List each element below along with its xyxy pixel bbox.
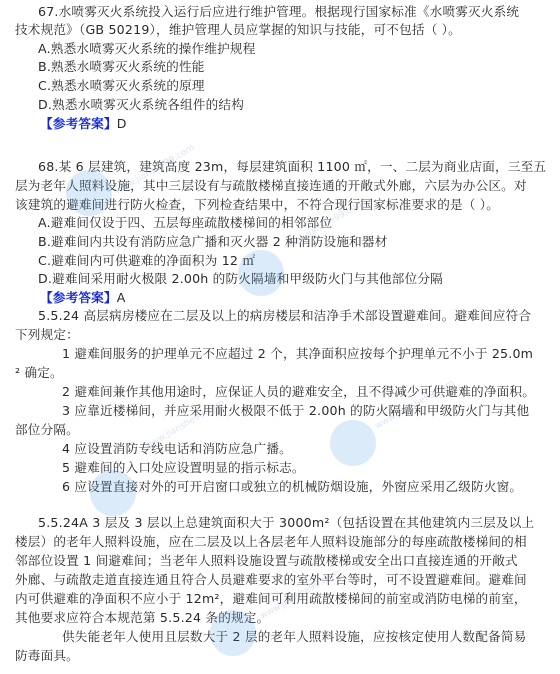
q68-option-b: B.避难间内共设有消防应急广播和灭火器 2 种消防设施和器材 xyxy=(38,233,388,251)
q67-answer: 【参考答案】D xyxy=(40,115,127,133)
answer-label: 【参考答案】 xyxy=(40,290,117,305)
q67-option-c: C.熟悉水喷雾灭火系统的原理 xyxy=(38,77,205,95)
clause-5524a-line5: 内可供避难的净面积不应小于 12m²，避难间可利用疏散楼梯间的前室或消防电梯的前… xyxy=(15,590,527,608)
clause-5524a-note-line1: 供失能老年人使用且层数大于 2 层的老年人照料设施，应按核定使用人数配备简易 xyxy=(62,628,526,646)
answer-value: A xyxy=(117,290,126,305)
clause-5524-item-2: 2 避难间兼作其他用途时，应保证人员的避难安全，且不得减少可供避难的净面积。 xyxy=(62,383,535,401)
watermark-circle-icon xyxy=(330,420,376,466)
answer-label: 【参考答案】 xyxy=(40,116,117,131)
answer-value: D xyxy=(117,116,127,131)
q67-stem-line2: 技术规范》（GB 50219），维护管理人员应掌握的知识与技能，可不包括（ ）。 xyxy=(15,21,461,39)
clause-5524-item-5: 5 避难间的入口处应设置明显的指示标志。 xyxy=(62,459,305,477)
q67-stem-line1: 67.水喷雾灭火系统投入运行后应进行维护管理。根据现行国家标准《水喷雾灭火系统 xyxy=(38,3,519,21)
clause-5524-item-3-cont: 部位分隔。 xyxy=(15,421,79,439)
clause-5524a-line6: 其他要求应符合本规范第 5.5.24 条的规定。 xyxy=(15,609,269,627)
clause-5524-item-1-cont: ² 确定。 xyxy=(15,364,63,382)
watermark-logo xyxy=(330,420,376,466)
clause-5524-line2: 下列规定： xyxy=(15,326,79,344)
q68-option-a: A.避难间仅设于四、五层每座疏散楼梯间的相邻部位 xyxy=(38,214,332,232)
q68-stem-line3: 该建筑的避难间进行防火检查，下列检查结果中，不符合现行国家标准要求的是（ ）。 xyxy=(15,196,499,214)
clause-5524-item-3: 3 应靠近楼梯间，并应采用耐火极限不低于 2.00h 的防火隔墙和甲级防火门与其… xyxy=(62,402,529,420)
clause-5524-item-4: 4 应设置消防专线电话和消防应急广播。 xyxy=(62,440,292,458)
clause-5524-item-1: 1 避难间服务的护理单元不应超过 2 个，其净面积应按每个护理单元不小于 25.… xyxy=(62,345,533,363)
q68-option-d: D.避难间采用耐火极限 2.00h 的防火隔墙和甲级防火门与其他部位分隔 xyxy=(38,270,443,288)
q68-stem-line2: 层为老年人照料设施，其中三层设有与疏散楼梯直接连通的开敞式外廊，六层为办公区。对 xyxy=(15,177,527,195)
clause-5524a-line4: 外廊、与疏散走道直接连通且符合人员避难要求的室外平台等时，可不设置避难间。避难间 xyxy=(15,571,527,589)
clause-5524a-note-line2: 防毒面具。 xyxy=(15,647,79,665)
q67-option-a: A.熟悉水喷雾灭火系统的操作维护规程 xyxy=(38,40,256,58)
clause-5524a-line3: 邻部位设置 1 间避难间；当老年人照料设施设置与疏散楼梯或安全出口直接连通的开敞… xyxy=(15,552,518,570)
clause-5524-line1: 5.5.24 高层病房楼应在二层及以上的病房楼层和洁净手术部设置避难间。避难间应… xyxy=(38,307,531,325)
clause-5524a-line1: 5.5.24A 3 层及 3 层以上总建筑面积大于 3000m²（包括设置在其他… xyxy=(38,514,534,532)
q68-option-c: C.避难间内可供避难的净面积为 12 ㎡ xyxy=(38,252,255,270)
q67-option-d: D.熟悉水喷雾灭火系统各组件的结构 xyxy=(38,96,244,114)
q67-option-b: B.熟悉水喷雾灭火系统的性能 xyxy=(38,58,205,76)
q68-stem-line1: 68.某 6 层建筑，建筑高度 23m，每层建筑面积 1100 ㎡，一、二层为商… xyxy=(38,158,546,176)
clause-5524-item-6: 6 应设置直接对外的可开启窗口或独立的机械防烟设施，外窗应采用乙级防火窗。 xyxy=(62,478,522,496)
q68-answer: 【参考答案】A xyxy=(40,289,126,307)
clause-5524a-line2: 楼层）的老年人照料设施，应在二层及以上各层老年人照料设施部分的每座疏散楼梯间的相 xyxy=(15,533,527,551)
